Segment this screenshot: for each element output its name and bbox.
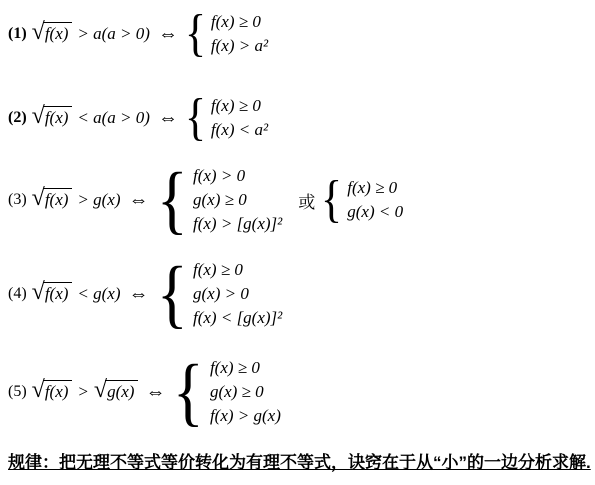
formula-number: (2) [8,109,27,127]
case-line: g(x) > 0 [193,282,282,306]
sqrt-expression: √ f(x) [32,188,73,212]
relation-expression: > a(a > 0) [77,24,150,44]
sqrt-expression: √ f(x) [32,282,73,306]
formula-row-2: (2) √ f(x) < a(a > 0) ⇔ { f(x) ≥ 0 f(x) … [8,94,595,142]
case-lines: f(x) ≥ 0 f(x) < a² [211,94,268,142]
iff-arrow: ⇔ [158,23,178,46]
sqrt-expression: √ f(x) [32,380,73,404]
case-line: g(x) ≥ 0 [193,188,282,212]
formula-number: (5) [8,383,27,401]
radical-sign: √ [32,104,45,128]
case-lines: f(x) ≥ 0 f(x) > a² [211,10,268,58]
iff-arrow: ⇔ [129,283,149,306]
sqrt-expression: √ f(x) [32,22,73,46]
formula-row-5: (5) √ f(x) > √ g(x) ⇔ { f(x) ≥ 0 g(x) ≥ … [8,356,595,428]
cases-group-alt: { f(x) ≥ 0 g(x) < 0 [319,176,403,224]
radical-sign: √ [32,280,45,304]
case-line: g(x) < 0 [347,200,403,224]
cases-group: { f(x) ≥ 0 f(x) > a² [183,10,268,58]
iff-arrow: ⇔ [158,107,178,130]
case-line: f(x) ≥ 0 [211,10,268,34]
case-line: f(x) < [g(x)]² [193,306,282,330]
formula-number: (4) [8,285,27,303]
case-lines: f(x) ≥ 0 g(x) > 0 f(x) < [g(x)]² [193,258,282,330]
formula-row-1: (1) √ f(x) > a(a > 0) ⇔ { f(x) ≥ 0 f(x) … [8,10,595,58]
relation-expression: < g(x) [77,284,120,304]
radical-sign: √ [32,186,45,210]
case-lines: f(x) ≥ 0 g(x) ≥ 0 f(x) > g(x) [210,356,281,428]
cases-group: { f(x) ≥ 0 g(x) > 0 f(x) < [g(x)]² [154,258,283,330]
case-line: f(x) > 0 [193,164,282,188]
radicand: f(x) [43,106,73,128]
radical-sign: √ [32,20,45,44]
case-line: f(x) ≥ 0 [347,176,403,200]
radicand: f(x) [43,282,73,304]
math-notes-page: (1) √ f(x) > a(a > 0) ⇔ { f(x) ≥ 0 f(x) … [0,0,595,485]
formula-row-4: (4) √ f(x) < g(x) ⇔ { f(x) ≥ 0 g(x) > 0 … [8,258,595,330]
radical-sign: √ [94,378,107,402]
iff-arrow: ⇔ [129,189,149,212]
or-connector: 或 [298,188,315,213]
radicand: f(x) [43,188,73,210]
radicand: f(x) [43,380,73,402]
summary-rule-text: 规律：把无理不等式等价转化为有理不等式，诀窍在于从“小”的一边分析求解. [8,448,595,473]
case-line: f(x) ≥ 0 [211,94,268,118]
relation-expression: < a(a > 0) [77,108,150,128]
relation-expression: > g(x) [77,190,120,210]
formula-row-3: (3) √ f(x) > g(x) ⇔ { f(x) > 0 g(x) ≥ 0 … [8,164,595,236]
cases-group: { f(x) > 0 g(x) ≥ 0 f(x) > [g(x)]² [154,164,283,236]
relation-expression: > [77,382,88,402]
case-line: f(x) > a² [211,34,268,58]
case-line: f(x) > [g(x)]² [193,212,282,236]
cases-group: { f(x) ≥ 0 f(x) < a² [183,94,268,142]
case-line: f(x) ≥ 0 [193,258,282,282]
or-alternative-group: 或 { f(x) ≥ 0 g(x) < 0 [298,176,403,224]
sqrt-expression-2: √ g(x) [94,380,139,404]
case-line: f(x) > g(x) [210,404,281,428]
formula-number: (3) [8,191,27,209]
radicand: f(x) [43,22,73,44]
radical-sign: √ [32,378,45,402]
case-line: g(x) ≥ 0 [210,380,281,404]
case-line: f(x) ≥ 0 [210,356,281,380]
cases-group: { f(x) ≥ 0 g(x) ≥ 0 f(x) > g(x) [170,356,280,428]
radicand: g(x) [105,380,138,402]
iff-arrow: ⇔ [145,381,165,404]
case-line: f(x) < a² [211,118,268,142]
case-lines: f(x) ≥ 0 g(x) < 0 [347,176,403,224]
sqrt-expression: √ f(x) [32,106,73,130]
formula-number: (1) [8,25,27,43]
case-lines: f(x) > 0 g(x) ≥ 0 f(x) > [g(x)]² [193,164,282,236]
